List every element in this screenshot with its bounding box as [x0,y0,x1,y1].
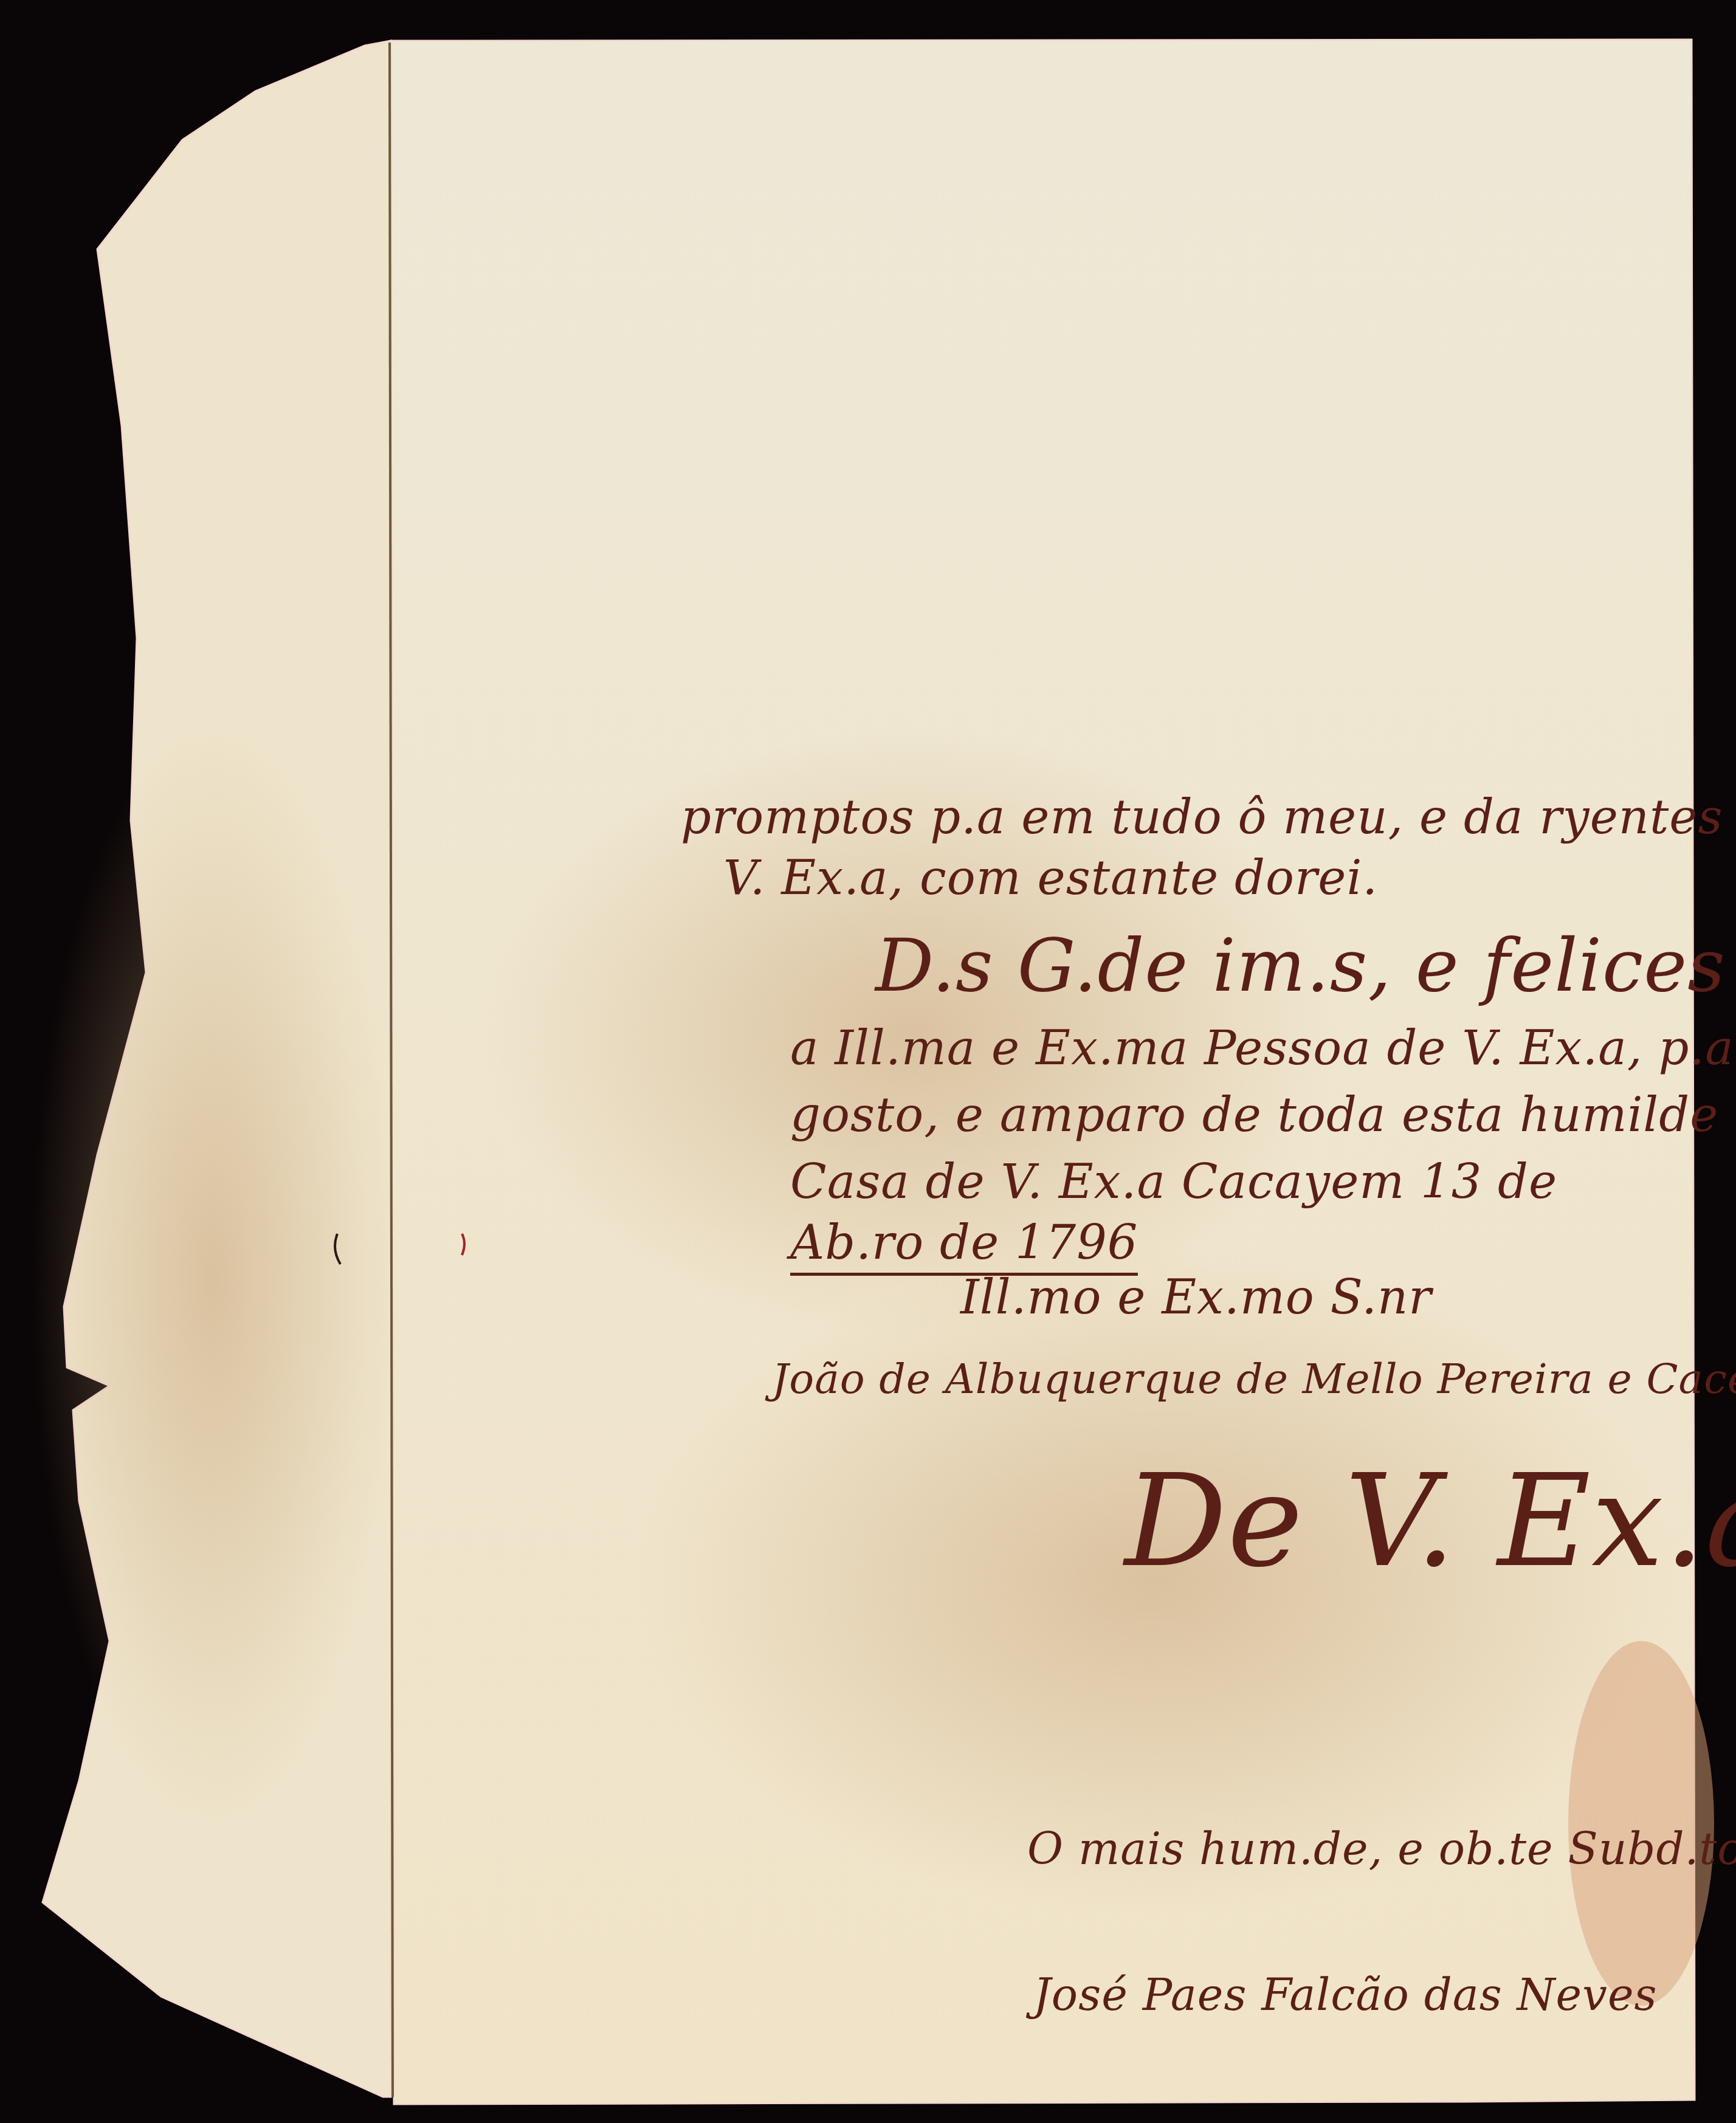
letter-line-4: a Ill.ma e Ex.ma Pessoa de V. Ex.a, p.a [790,1021,1734,1076]
letter-line-1: promptos p.a em tudo ô meu, e da ryentes… [681,790,1736,845]
signature: José Paes Falcão das Neves [1033,1969,1657,2020]
closing-de-vossa-excelencia: De V. Ex.a [1125,1447,1736,1595]
document-photo: promptos p.a em tudo ô meu, e da ryentes… [0,0,1736,2123]
salutation: Ill.mo e Ex.mo S.nr [960,1270,1432,1325]
closing-phrase: O mais hum.de, e ob.te Subd.to [1027,1823,1736,1874]
letter-line-2: V. Ex.a, com estante dorei. [723,851,1378,906]
letter-line-6: Casa de V. Ex.a Cacayem 13 de [790,1155,1557,1209]
letter-line-3: D.s G.de im.s, e felices annos [875,924,1736,1008]
addressee-name: João de Albuquerque de Mello Pereira e C… [772,1355,1736,1403]
letter-date: Ab.ro de 1796 [790,1216,1138,1276]
letter-line-5: gosto, e amparo de toda esta humilde [790,1088,1718,1143]
